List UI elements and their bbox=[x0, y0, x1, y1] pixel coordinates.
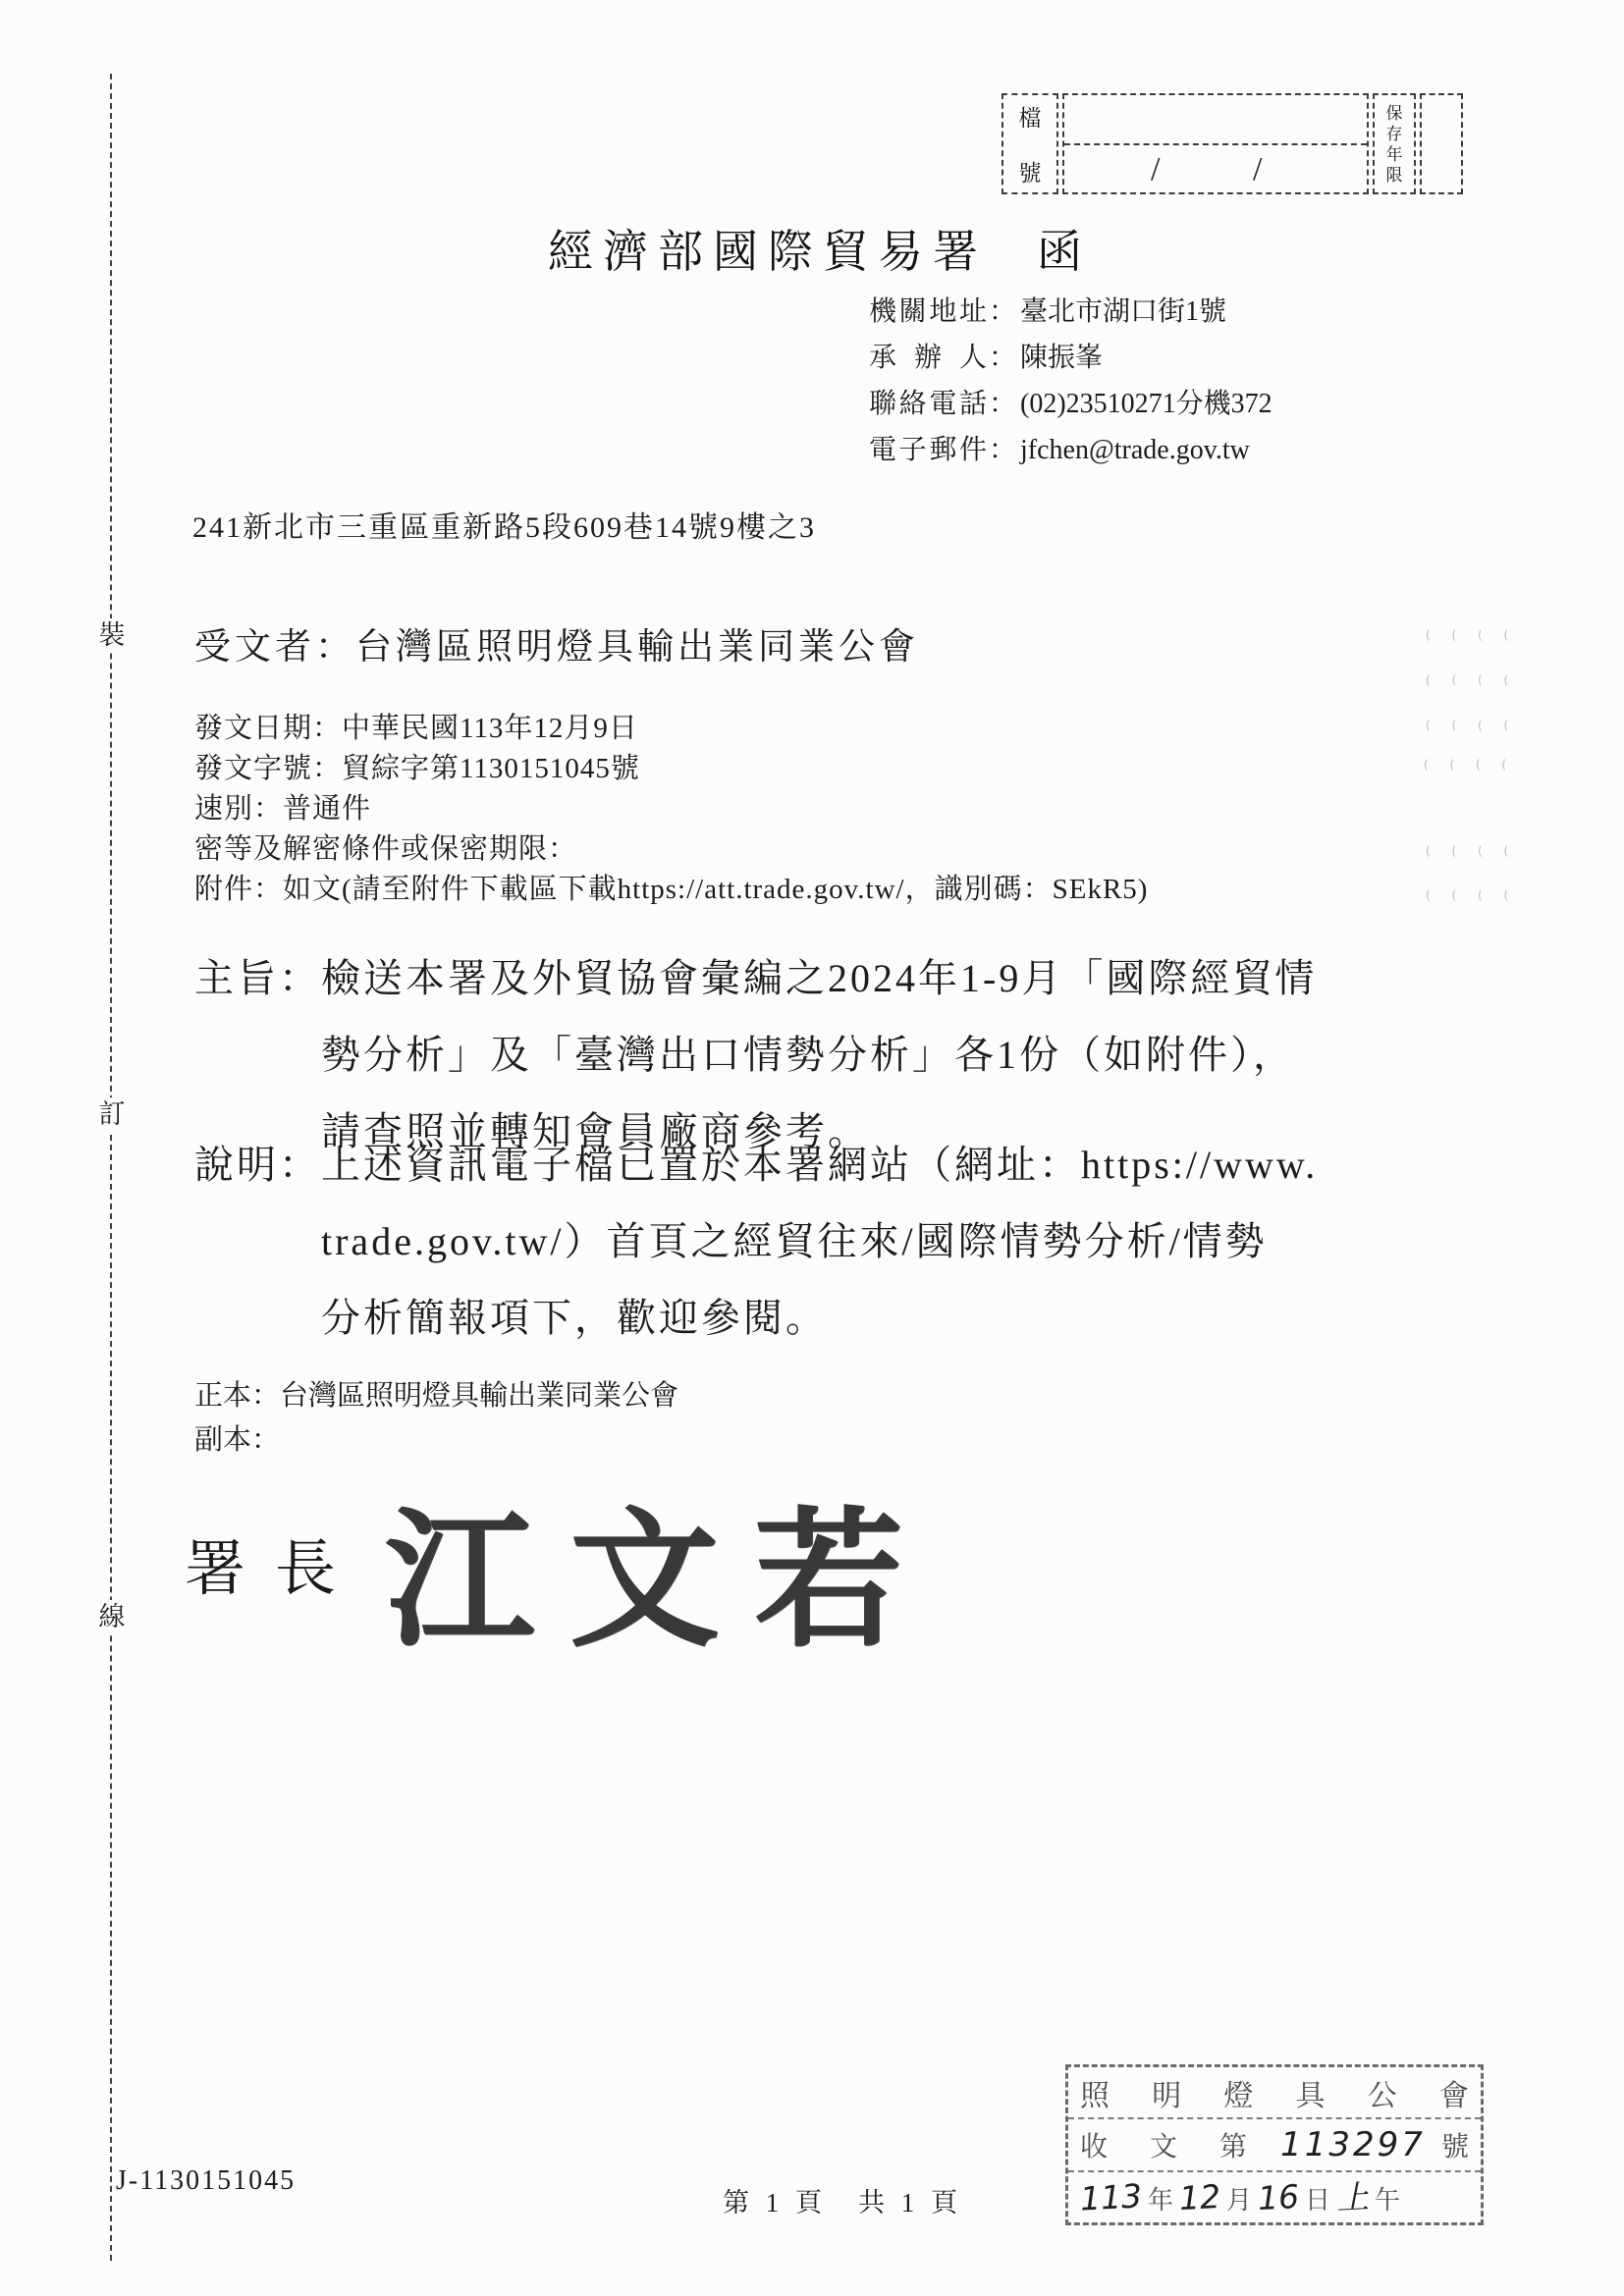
receipt-prefix: 收 文 第 bbox=[1080, 2125, 1265, 2164]
stamp-year-label: 年 bbox=[1148, 2180, 1173, 2216]
scan-artifact: ( ( ( ( bbox=[1426, 673, 1517, 687]
explanation-label: 說明： bbox=[194, 1127, 321, 1357]
signer-name-signature: 江文若 bbox=[385, 1461, 939, 1675]
stamp-day-value: 16 bbox=[1257, 2177, 1300, 2217]
stamp-month-value: 12 bbox=[1178, 2177, 1221, 2217]
contact-value: jfchen@trade.gov.tw bbox=[1020, 427, 1250, 473]
scan-artifact: ( ( ( ( bbox=[1426, 888, 1517, 902]
explanation-line: 上述資訊電子檔已置於本署網站（網址：https://www. bbox=[321, 1127, 1318, 1203]
recipient-line: 受文者：台灣區照明燈具輸出業同業公會 bbox=[194, 616, 919, 669]
stamp-day-label: 日 bbox=[1305, 2180, 1330, 2216]
stamp-date-row: 113 年 12 月 16 日 上 午 bbox=[1068, 2172, 1481, 2222]
retention-char: 限 bbox=[1386, 165, 1403, 186]
archive-label-top: 檔 bbox=[1019, 100, 1042, 133]
contact-row-address: 機關地址：臺北市湖口街1號 bbox=[869, 289, 1272, 335]
archive-field-top-row bbox=[1064, 95, 1367, 145]
document-title: 經濟部國際貿易署 函 bbox=[548, 216, 1092, 281]
stamp-org-name: 照明燈具公會 bbox=[1080, 2071, 1469, 2114]
contact-value: (02)23510271分機372 bbox=[1020, 381, 1272, 427]
archive-label-bottom: 號 bbox=[1019, 155, 1042, 187]
cc-recipient: 副本： bbox=[194, 1418, 678, 1463]
archive-number-label-cell: 檔 號 bbox=[1001, 93, 1058, 194]
issue-date: 發文日期：中華民國113年12月9日 bbox=[194, 709, 1148, 749]
colon: ： bbox=[989, 289, 1016, 335]
scan-artifact: ( ( ( ( bbox=[1426, 844, 1517, 858]
binding-mark-ding: 訂 bbox=[93, 1097, 131, 1131]
contact-row-email: 電子郵件：jfchen@trade.gov.tw bbox=[869, 427, 1272, 473]
receipt-suffix: 號 bbox=[1441, 2125, 1469, 2164]
retention-period-cell: 保 存 年 限 bbox=[1373, 93, 1416, 194]
signer-title: 署長 bbox=[185, 1520, 365, 1607]
contact-value: 陳振峯 bbox=[1020, 335, 1103, 381]
retention-char: 存 bbox=[1386, 124, 1403, 144]
original-recipient: 正本：台灣區照明燈具輸出業同業公會 bbox=[194, 1374, 678, 1418]
document-reference-number: J-1130151045 bbox=[116, 2165, 296, 2197]
explanation-body: 上述資訊電子檔已置於本署網站（網址：https://www. trade.gov… bbox=[321, 1127, 1318, 1357]
explanation-paragraph: 說明： 上述資訊電子檔已置於本署網站（網址：https://www. trade… bbox=[194, 1127, 1318, 1357]
scan-artifact: ( ( ( ( bbox=[1426, 628, 1517, 642]
stamp-org-row: 照明燈具公會 bbox=[1068, 2067, 1481, 2119]
retention-char: 年 bbox=[1386, 144, 1403, 165]
document-type: 函 bbox=[1037, 216, 1092, 281]
copies-block: 正本：台灣區照明燈具輸出業同業公會 副本： bbox=[194, 1374, 678, 1463]
binding-mark-zhuang: 裝 bbox=[93, 618, 131, 652]
stamp-receipt-row: 收 文 第 113297 號 bbox=[1068, 2119, 1481, 2171]
archive-field-bottom-row: / / bbox=[1064, 145, 1367, 193]
contact-block: 機關地址：臺北市湖口街1號 承辦人：陳振峯 聯絡電話：(02)23510271分… bbox=[869, 289, 1272, 473]
contact-label: 電子郵件 bbox=[869, 427, 987, 473]
explanation-line: 分析簡報項下，歡迎參閱。 bbox=[321, 1280, 1318, 1357]
meta-block: 發文日期：中華民國113年12月9日 發文字號：貿綜字第1130151045號 … bbox=[194, 709, 1148, 910]
archive-slash-right: / bbox=[1253, 151, 1262, 188]
retention-char: 保 bbox=[1386, 103, 1403, 124]
colon: ： bbox=[989, 427, 1016, 473]
receipt-stamp: 照明燈具公會 收 文 第 113297 號 113 年 12 月 16 日 上 … bbox=[1065, 2064, 1484, 2225]
security-class: 密等及解密條件或保密期限： bbox=[194, 829, 1148, 870]
postal-address: 241新北市三重區重新路5段609巷14號9樓之3 bbox=[192, 503, 816, 546]
stamp-year-value: 113 bbox=[1079, 2176, 1143, 2217]
contact-row-officer: 承辦人：陳振峯 bbox=[869, 335, 1272, 381]
explanation-line: trade.gov.tw/）首頁之經貿往來/國際情勢分析/情勢 bbox=[321, 1203, 1318, 1280]
stamp-time-value: 上 bbox=[1335, 2171, 1370, 2219]
colon: ： bbox=[989, 381, 1016, 427]
scan-artifact: ( ( ( ( bbox=[1424, 758, 1515, 772]
contact-label: 聯絡電話 bbox=[869, 381, 987, 427]
archive-number-field-cell: / / bbox=[1062, 93, 1369, 194]
stamp-time-label: 午 bbox=[1375, 2180, 1400, 2216]
binding-mark-xian: 線 bbox=[93, 1600, 131, 1633]
binding-dashed-line bbox=[110, 74, 112, 2261]
contact-label: 承辦人 bbox=[869, 335, 987, 381]
page-number-info: 第 1 頁 共 1 頁 bbox=[723, 2181, 962, 2219]
colon: ： bbox=[989, 335, 1016, 381]
reference-number: 發文字號：貿綜字第1130151045號 bbox=[194, 749, 1148, 789]
archive-slash-left: / bbox=[1151, 151, 1160, 188]
retention-value-cell bbox=[1420, 93, 1463, 194]
agency-name: 經濟部國際貿易署 bbox=[548, 216, 988, 281]
speed-class: 速別：普通件 bbox=[194, 789, 1148, 829]
subject-line: 檢送本署及外貿協會彙編之2024年1-9月「國際經貿情 bbox=[321, 940, 1317, 1017]
scan-artifact: ( ( ( ( bbox=[1426, 719, 1517, 732]
contact-label: 機關地址 bbox=[869, 289, 987, 335]
scanned-letter-page: 裝 訂 線 檔 號 / / 保 存 年 限 經濟部國際貿易署 函 機關地址：臺北… bbox=[0, 0, 1624, 2296]
attachment-note: 附件：如文(請至附件下載區下載https://att.trade.gov.tw/… bbox=[194, 870, 1148, 910]
contact-row-phone: 聯絡電話：(02)23510271分機372 bbox=[869, 381, 1272, 427]
subject-line: 勢分析」及「臺灣出口情勢分析」各1份（如附件）， bbox=[321, 1017, 1317, 1094]
receipt-number-handwritten: 113297 bbox=[1265, 2125, 1441, 2164]
stamp-month-label: 月 bbox=[1226, 2180, 1252, 2216]
contact-value: 臺北市湖口街1號 bbox=[1020, 289, 1226, 335]
